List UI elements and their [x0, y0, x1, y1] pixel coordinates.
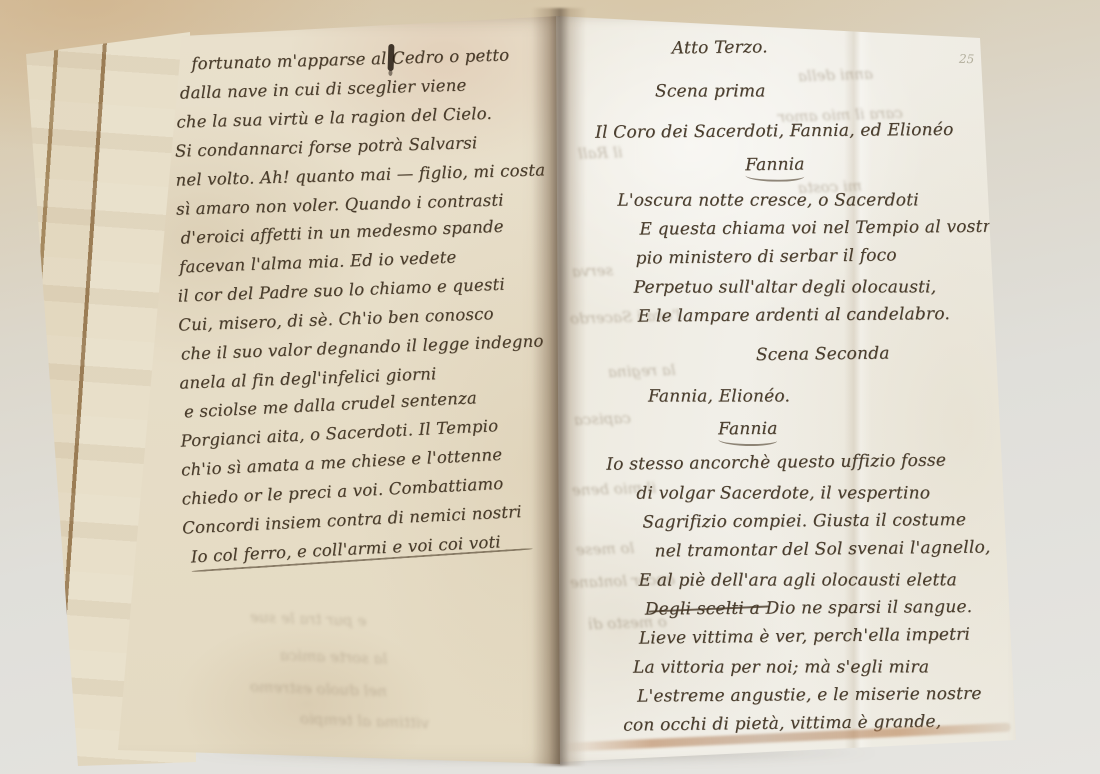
manuscript-line: La vittoria per noi; mà s'egli mira: [633, 653, 1023, 682]
bleedthrough-text: nel duolo estremo: [250, 678, 387, 701]
manuscript-line: Fannia, Elionéo.: [648, 382, 1022, 411]
manuscript-line: nel tramontar del Sol svenai l'agnello,: [654, 533, 1022, 566]
manuscript-line: di volgar Sacerdote, il vespertino: [636, 479, 1022, 508]
manuscript-line: Scena Seconda: [756, 338, 1022, 370]
manuscript-photo: fortunato m'apparse al Cedro o pettodall…: [0, 0, 1100, 774]
ink-blot: [388, 44, 395, 71]
right-page: 25 anni dellacara il mio amoril Rallmi c…: [548, 10, 1026, 766]
manuscript-line: Perpetuo sull'altar degli olocausti,: [634, 273, 1022, 302]
manuscript-line: Io stesso ancorchè questo uffizio fosse: [606, 446, 1022, 480]
manuscript-line: Il Coro dei Sacerdoti, Fannia, ed Elioné…: [595, 115, 1021, 147]
manuscript-line: E le lampare ardenti al candelabro.: [638, 300, 1022, 332]
manuscript-line: Scena prima: [655, 77, 1021, 106]
left-page-text: fortunato m'apparse al Cedro o pettodall…: [173, 42, 563, 569]
manuscript-line: Atto Terzo.: [672, 30, 1021, 63]
manuscript-line: Fannia: [745, 150, 805, 182]
manuscript-line: Fannia: [718, 415, 778, 446]
manuscript-line: pio ministero di serbar il foco: [635, 240, 1021, 274]
manuscript-line: E al piè dell'ara agli olocausti eletta: [639, 566, 1023, 595]
bleedthrough-text: la sorte amica: [280, 646, 388, 668]
bleedthrough-text: e pur tra le sue: [250, 608, 367, 630]
manuscript-line: Lieve vittima è ver, perch'ella impetri: [639, 620, 1023, 654]
manuscript-line: L'oscura notte cresce, o Sacerdoti: [617, 186, 1021, 215]
bleedthrough-text: vittima al tempio: [300, 710, 430, 732]
right-page-text: Atto Terzo.Scena primaIl Coro dei Sacerd…: [577, 33, 1023, 741]
